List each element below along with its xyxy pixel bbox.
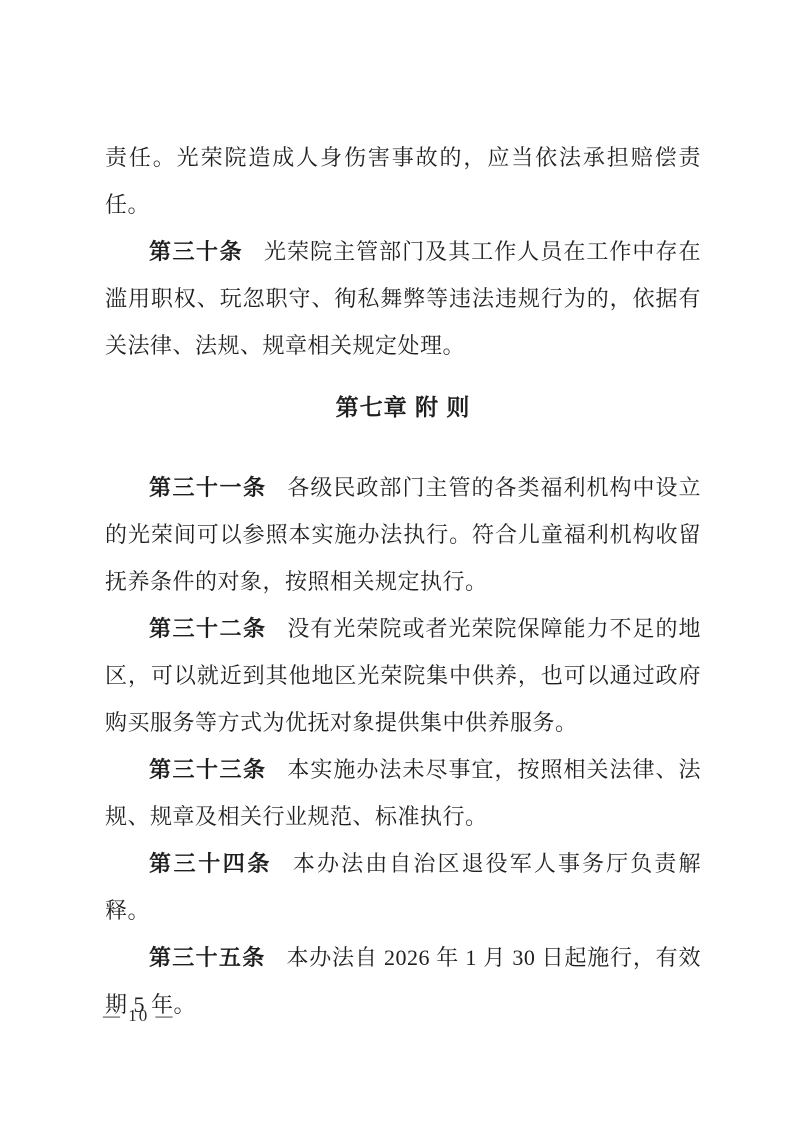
article-paragraph: 第三十一条各级民政部门主管的各类福利机构中设立的光荣间可以参照本实施办法执行。符… (105, 464, 701, 605)
article-paragraph: 第三十三条本实施办法未尽事宜，按照相关法律、法规、规章及相关行业规范、标准执行。 (105, 746, 701, 840)
article-number: 第三十四条 (149, 851, 272, 876)
article-paragraph: 第三十条光荣院主管部门及其工作人员在工作中存在滥用职权、玩忽职守、徇私舞弊等违法… (105, 228, 701, 369)
continuation-paragraph: 责任。光荣院造成人身伤害事故的，应当依法承担赔偿责任。 (105, 134, 701, 228)
article-number: 第三十三条 (149, 757, 267, 782)
chapter-heading: 第七章 附 则 (105, 384, 701, 431)
article-paragraph: 第三十四条本办法由自治区退役军人事务厅负责解释。 (105, 840, 701, 934)
article-paragraph: 第三十五条本办法自 2026 年 1 月 30 日起施行，有效期 5 年。 (105, 934, 701, 1028)
article-paragraph: 第三十二条没有光荣院或者光荣院保障能力不足的地区，可以就近到其他地区光荣院集中供… (105, 605, 701, 746)
article-number: 第三十五条 (149, 945, 266, 970)
document-body: 责任。光荣院造成人身伤害事故的，应当依法承担赔偿责任。第三十条光荣院主管部门及其… (105, 134, 701, 1028)
article-number: 第三十条 (149, 239, 243, 264)
article-number: 第三十二条 (149, 616, 267, 641)
article-number: 第三十一条 (149, 475, 267, 500)
document-page: 责任。光荣院造成人身伤害事故的，应当依法承担赔偿责任。第三十条光荣院主管部门及其… (0, 0, 793, 1122)
page-number: — 10 — (103, 1006, 175, 1026)
